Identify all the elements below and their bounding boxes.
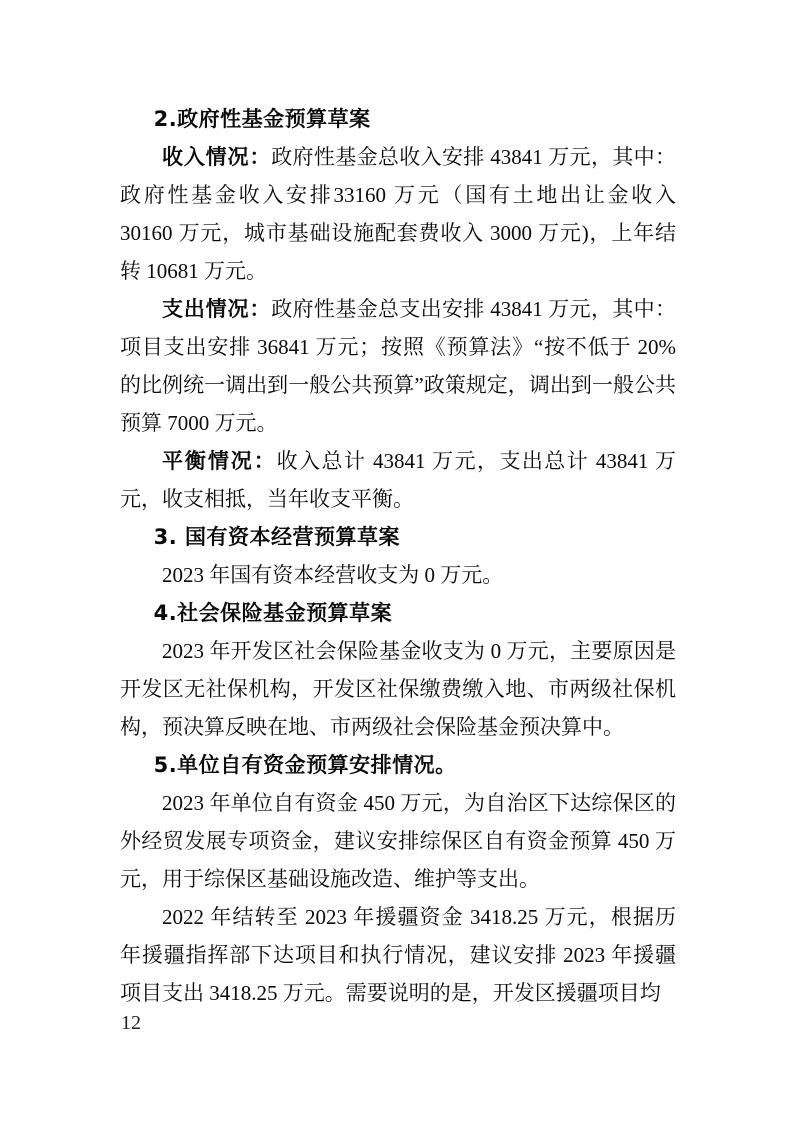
paragraph-state-capital: 2023 年国有资本经营收支为 0 万元。 bbox=[120, 556, 676, 594]
paragraph-lead: 支出情况： bbox=[162, 297, 271, 321]
paragraph-income-situation: 收入情况：政府性基金总收入安排 43841 万元，其中：政府性基金收入安排331… bbox=[120, 138, 676, 290]
paragraph-xinjiang-aid-funds: 2022 年结转至 2023 年援疆资金 3418.25 万元，根据历年援疆指挥… bbox=[120, 898, 676, 1012]
paragraph-text: 2023 年国有资本经营收支为 0 万元。 bbox=[162, 563, 503, 587]
section-heading-own-funds-budget: 5.单位自有资金预算安排情况。 bbox=[120, 746, 676, 784]
document-page: 2.政府性基金预算草案 收入情况：政府性基金总收入安排 43841 万元，其中：… bbox=[0, 0, 793, 1122]
paragraph-text: 2023 年单位自有资金 450 万元，为自治区下达综保区的外经贸发展专项资金，… bbox=[120, 791, 676, 891]
paragraph-text: 2022 年结转至 2023 年援疆资金 3418.25 万元，根据历年援疆指挥… bbox=[120, 905, 676, 1005]
paragraph-social-insurance: 2023 年开发区社会保险基金收支为 0 万元，主要原因是开发区无社保机构，开发… bbox=[120, 632, 676, 746]
section-heading-state-capital-budget: 3. 国有资本经营预算草案 bbox=[120, 518, 676, 556]
paragraph-lead: 收入情况： bbox=[162, 145, 271, 169]
section-heading-social-insurance-budget: 4.社会保险基金预算草案 bbox=[120, 594, 676, 632]
paragraph-expenditure-situation: 支出情况：政府性基金总支出安排 43841 万元，其中：项目支出安排 36841… bbox=[120, 290, 676, 442]
paragraph-own-funds: 2023 年单位自有资金 450 万元，为自治区下达综保区的外经贸发展专项资金，… bbox=[120, 784, 676, 898]
paragraph-balance-situation: 平衡情况：收入总计 43841 万元，支出总计 43841 万元，收支相抵，当年… bbox=[120, 442, 676, 518]
section-heading-gov-fund-budget: 2.政府性基金预算草案 bbox=[120, 100, 676, 138]
paragraph-lead: 平衡情况： bbox=[162, 449, 277, 473]
paragraph-text: 2023 年开发区社会保险基金收支为 0 万元，主要原因是开发区无社保机构，开发… bbox=[120, 639, 676, 739]
page-number: 12 bbox=[121, 1008, 141, 1038]
document-body: 2.政府性基金预算草案 收入情况：政府性基金总收入安排 43841 万元，其中：… bbox=[120, 100, 676, 1012]
